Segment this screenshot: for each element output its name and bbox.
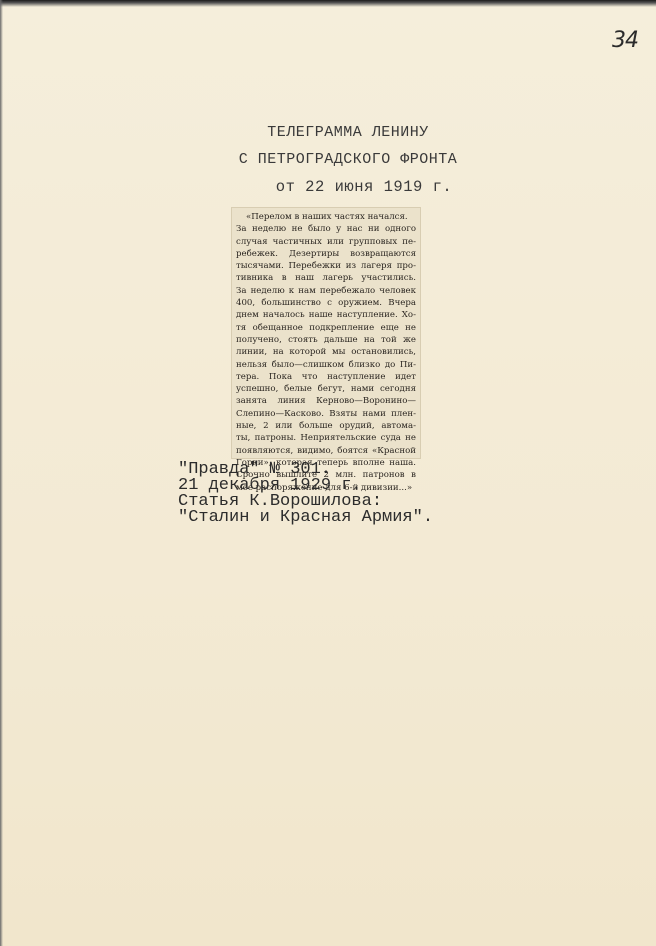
clipping-line: За неделю к нам перебежало человек bbox=[236, 285, 416, 297]
clipping-line: тивника в наш лагерь участились. bbox=[236, 272, 416, 284]
clipping-line: нельзя было—слишком близко до Пи- bbox=[236, 359, 416, 371]
clipping-line: днем началось наше наступление. Хо- bbox=[236, 309, 416, 321]
scan-left-edge bbox=[0, 0, 3, 946]
clipping-line: получено, стоять дальше на той же bbox=[236, 334, 416, 346]
source-citation: "Правда" № 301. 21 декабря 1929 г. Стать… bbox=[178, 462, 433, 526]
clipping-line: «Перелом в наших частях начался. bbox=[236, 211, 416, 223]
clipping-line: Слепино—Касково. Взяты нами плен- bbox=[236, 408, 416, 420]
clipping-line: ные, 2 или больше орудий, автома- bbox=[236, 420, 416, 432]
clipping-line: ты, патроны. Неприятельские суда не bbox=[236, 432, 416, 444]
clipping-line: За неделю не было у нас ни одного bbox=[236, 223, 416, 235]
clipping-text: «Перелом в наших частях начался.За недел… bbox=[236, 211, 416, 494]
source-article-title: "Сталин и Красная Армия". bbox=[178, 510, 433, 526]
newspaper-clipping: «Перелом в наших частях начался.За недел… bbox=[232, 208, 420, 458]
clipping-line: линии, на которой мы остановились, bbox=[236, 346, 416, 358]
title-line-1: ТЕЛЕГРАММА ЛЕНИНУ bbox=[20, 124, 656, 141]
handwritten-page-number: 34 bbox=[612, 28, 638, 53]
clipping-line: тя обещанное подкрепление еще не bbox=[236, 322, 416, 334]
clipping-line: занята линия Керново—Воронино— bbox=[236, 395, 416, 407]
title-date: от 22 июня 1919 г. bbox=[36, 178, 656, 196]
scan-edge-shadow bbox=[0, 0, 656, 7]
title-line-2: С ПЕТРОГРАДСКОГО ФРОНТА bbox=[20, 151, 656, 168]
clipping-line: появляются, видимо, боятся «Красной bbox=[236, 445, 416, 457]
document-page: 34 ТЕЛЕГРАММА ЛЕНИНУ С ПЕТРОГРАДСКОГО ФР… bbox=[0, 0, 656, 946]
clipping-line: тысячами. Перебежки из лагеря про- bbox=[236, 260, 416, 272]
clipping-line: тера. Пока что наступление идет bbox=[236, 371, 416, 383]
clipping-line: ребежек. Дезертиры возвращаются bbox=[236, 248, 416, 260]
clipping-line: 400, большинство с оружием. Вчера bbox=[236, 297, 416, 309]
clipping-line: случая частичных или групповых пе- bbox=[236, 236, 416, 248]
clipping-line: успешно, белые бегут, нами сегодня bbox=[236, 383, 416, 395]
